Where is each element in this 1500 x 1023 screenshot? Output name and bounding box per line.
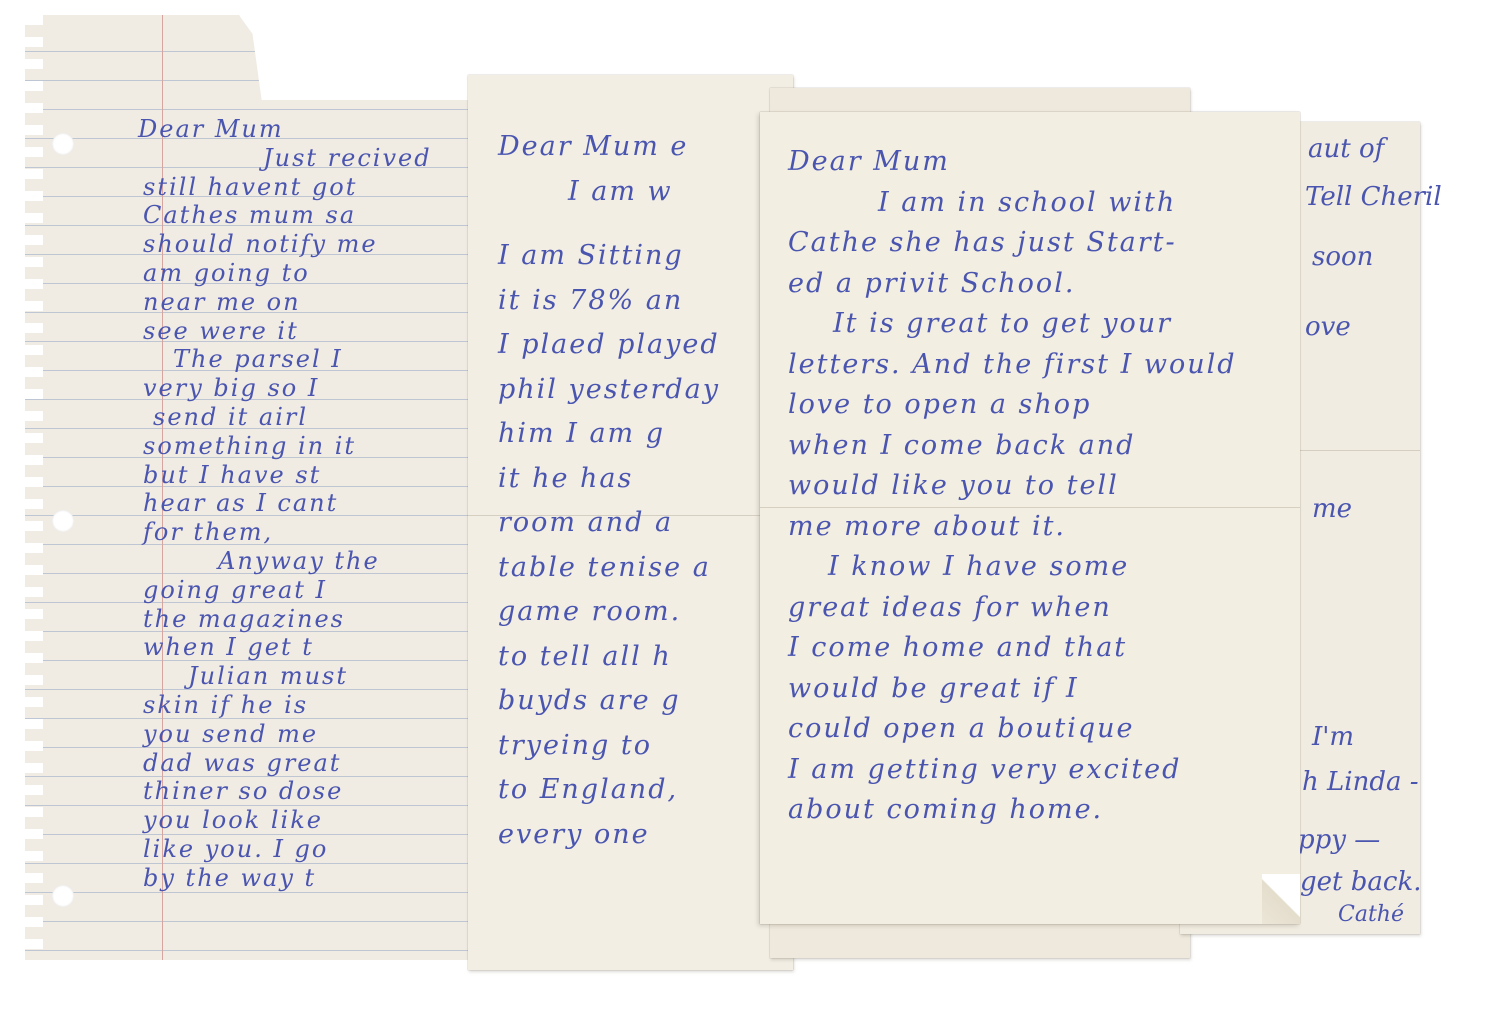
signature: Cathé xyxy=(1338,902,1404,927)
letter-text: Dear Mum Just recived still havent got C… xyxy=(143,115,432,893)
letter-page-1: Dear Mum Just recived still havent got C… xyxy=(25,15,480,960)
binder-hole xyxy=(52,885,74,907)
binder-hole xyxy=(52,133,74,155)
folded-corner xyxy=(1262,874,1300,924)
letter-text: Dear Mum I am in school with Cathe she h… xyxy=(788,142,1237,831)
salutation: Dear Mum xyxy=(788,142,1237,183)
salutation: Dear Mum e xyxy=(498,125,720,170)
letter-page-5: Dear Mum I am in school with Cathe she h… xyxy=(760,112,1300,924)
salutation: Dear Mum xyxy=(138,115,432,144)
torn-spiral-edge xyxy=(25,15,43,960)
binder-hole xyxy=(52,510,74,532)
letter-page-2: Dear Mum e I am w I am Sitting it is 78%… xyxy=(468,75,793,970)
letter-text: Dear Mum e I am w I am Sitting it is 78%… xyxy=(498,125,720,857)
